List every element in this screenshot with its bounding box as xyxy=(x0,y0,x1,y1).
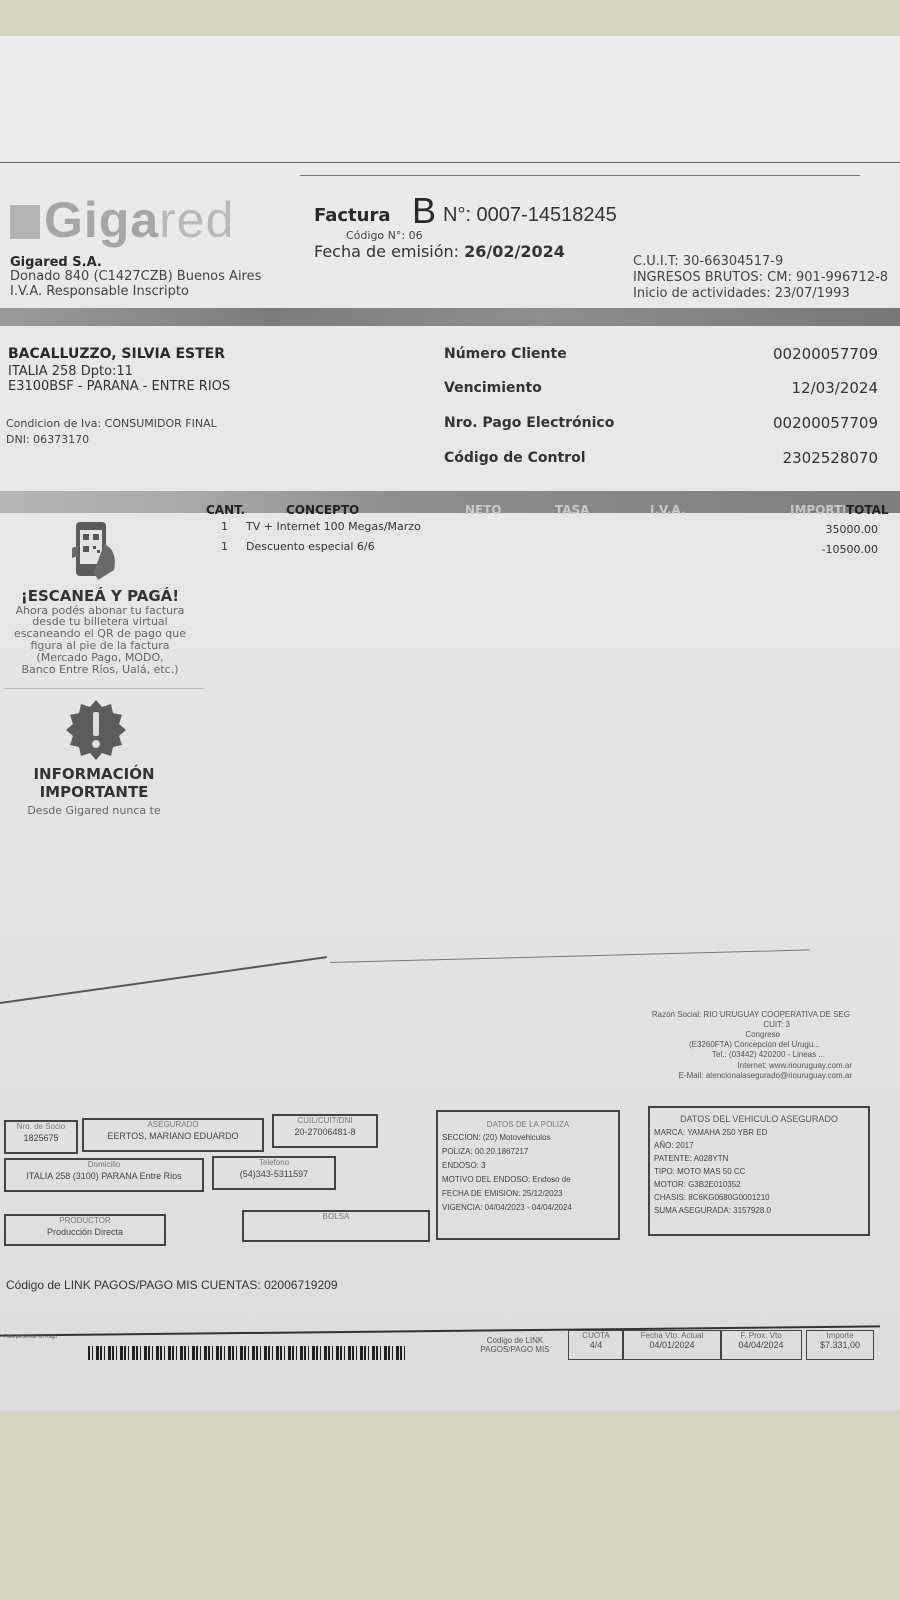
cuota-value: 4/4 xyxy=(569,1340,623,1350)
company-name: Gigared S.A. xyxy=(10,255,102,270)
policy-line-5: FECHA DE EMISION: 25/12/2023 xyxy=(442,1189,614,1198)
col-cant: CANT. xyxy=(206,503,245,517)
bolsa-label: BOLSA xyxy=(244,1212,428,1221)
client-iva-condition: Condicion de Iva: CONSUMIDOR FINAL xyxy=(6,417,217,430)
scan-text-4: figura al pie de la factura xyxy=(0,640,200,651)
insurer-internet: Internet: www.riouruguay.com.ar xyxy=(737,1061,852,1070)
ingresos-brutos: INGRESOS BRUTOS: CM: 901-996712-8 xyxy=(633,270,888,285)
account-label-client-number: Número Cliente xyxy=(444,346,567,362)
info-title-1: INFORMACIÓN xyxy=(0,765,194,783)
client-dni: DNI: 06373170 xyxy=(6,433,89,446)
vehicle-line-3: PATENTE: A028YTN xyxy=(654,1154,864,1163)
fecha-prox-value: 04/04/2024 xyxy=(721,1340,801,1350)
productor-label: PRODUCTOR xyxy=(6,1216,164,1225)
domicilio-label: Domicilio xyxy=(6,1160,202,1169)
account-label-payment-number: Nro. Pago Electrónico xyxy=(444,415,614,431)
issue-date: Fecha de emisión: 26/02/2024 xyxy=(314,242,565,261)
vehicle-box: DATOS DEL VEHICULO ASEGURADO MARCA: YAMA… xyxy=(648,1106,870,1236)
account-label-control-code: Código de Control xyxy=(444,450,586,466)
insurer-razon-social: Razón Social: RIO URUGUAY COOPERATIVA DE… xyxy=(652,1010,850,1019)
cuil-box: CUIL/CUIT/DNI 20-27006481-8 xyxy=(272,1114,378,1148)
telefono-label: Telefono xyxy=(214,1158,334,1167)
client-address-2: E3100BSF - PARANA - ENTRE RIOS xyxy=(8,379,230,394)
vehicle-title: DATOS DEL VEHICULO ASEGURADO xyxy=(650,1114,868,1124)
scan-title: ¡ESCANEÁ Y PAGÁ! xyxy=(0,587,200,605)
stub-label: Para presentar en Pago xyxy=(4,1334,57,1340)
insurer-city: (E3260FTA) Concepcion del Urugu... xyxy=(689,1040,820,1049)
insurer-address: Congreso xyxy=(745,1030,780,1039)
col-total: TOTAL xyxy=(846,503,889,517)
payment-barcode xyxy=(88,1346,408,1360)
importe-label: Importe xyxy=(807,1331,873,1340)
info-title-2: IMPORTANTE xyxy=(0,783,194,801)
item-1-total: 35000.00 xyxy=(826,523,879,536)
policy-box: DATOS DE LA POLIZA SECCION: (20) Motoveh… xyxy=(436,1110,620,1240)
col-iva: I.V.A. xyxy=(650,503,685,517)
insurer-email: E-Mail: atencionalasegurado@riouruguay.c… xyxy=(679,1071,852,1080)
item-2-qty: 1 xyxy=(221,540,228,553)
link-label: Codigo de LINK PAGOS/PAGO MIS xyxy=(470,1336,560,1354)
inicio-actividades: Inicio de actividades: 23/07/1993 xyxy=(633,286,850,301)
warning-badge-icon xyxy=(64,698,128,762)
productor-box: PRODUCTOR Producción Directa xyxy=(4,1214,166,1246)
account-value-due-date: 12/03/2024 xyxy=(792,379,878,397)
policy-line-4: MOTIVO DEL ENDOSO: Endoso de xyxy=(442,1175,614,1184)
col-concepto: CONCEPTO xyxy=(286,503,359,517)
scan-text-3: escaneando el QR de pago que xyxy=(0,628,200,639)
socio-value: 1825675 xyxy=(6,1133,76,1143)
account-value-payment-number: 00200057709 xyxy=(773,414,878,432)
invoice-number: N°: 0007-14518245 xyxy=(443,204,617,227)
fecha-actual-value: 04/01/2024 xyxy=(623,1340,721,1350)
scan-text-2: desde tu billetera virtual xyxy=(0,616,200,627)
sidebar-divider xyxy=(4,688,204,689)
cuil-value: 20-27006481-8 xyxy=(274,1127,376,1137)
col-neto: NETO xyxy=(465,503,502,517)
company-iva: I.V.A. Responsable Inscripto xyxy=(10,284,189,299)
domicilio-value: ITALIA 258 (3100) PARANA Entre Rios xyxy=(6,1171,202,1181)
col-tasa: TASA xyxy=(555,503,589,517)
company-cuit: C.U.I.T: 30-66304517-9 xyxy=(633,254,783,269)
info-text: Desde Gigared nunca te xyxy=(0,805,194,816)
fecha-actual-cell: Fecha Vto. Actual 04/01/2024 xyxy=(622,1330,722,1360)
invoice-type: B xyxy=(412,190,436,232)
col-importe: IMPORTE xyxy=(790,503,845,517)
invoice-label: Factura xyxy=(314,205,391,226)
asegurado-box: ASEGURADO EERTOS, MARIANO EDUARDO xyxy=(82,1118,264,1152)
asegurado-label: ASEGURADO xyxy=(84,1120,262,1129)
account-value-client-number: 00200057709 xyxy=(773,345,878,363)
item-1-concept: TV + Internet 100 Megas/Marzo xyxy=(246,520,421,533)
policy-line-6: VIGENCIA: 04/04/2023 - 04/04/2024 xyxy=(442,1203,614,1212)
item-1-qty: 1 xyxy=(221,520,228,533)
phone-qr-icon xyxy=(68,520,122,582)
account-label-due-date: Vencimiento xyxy=(444,380,542,396)
items-header-band xyxy=(0,491,900,513)
insurer-phone: Tel.: (03442) 420200 - Lineas ... xyxy=(712,1050,825,1059)
policy-line-3: ENDOSO: 3 xyxy=(442,1161,614,1170)
cuota-cell: CUOTA 4/4 xyxy=(568,1330,624,1360)
vehicle-line-5: MOTOR: G3B2E010352 xyxy=(654,1180,864,1189)
top-rule xyxy=(0,162,900,163)
policy-line-2: POLIZA: 00.20.1867217 xyxy=(442,1147,614,1156)
scan-text-5: (Mercado Pago, MODO, xyxy=(0,652,200,663)
socio-box: Nro. de Socio 1825675 xyxy=(4,1120,78,1154)
header-band xyxy=(0,308,900,326)
importe-cell: Importe $7.331,00 xyxy=(806,1330,874,1360)
importe-value: $7.331,00 xyxy=(807,1340,873,1350)
account-value-control-code: 2302528070 xyxy=(783,449,878,467)
vehicle-line-2: AÑO: 2017 xyxy=(654,1141,864,1150)
fecha-prox-cell: F. Prox. Vto 04/04/2024 xyxy=(720,1330,802,1360)
productor-value: Producción Directa xyxy=(6,1227,164,1237)
item-2-total: -10500.00 xyxy=(822,543,878,556)
link-pagos-code: Código de LINK PAGOS/PAGO MIS CUENTAS: 0… xyxy=(6,1278,338,1292)
client-address-1: ITALIA 258 Dpto:11 xyxy=(8,364,133,379)
vehicle-line-4: TIPO: MOTO MAS 50 CC xyxy=(654,1167,864,1176)
invoice-code: Código N°: 06 xyxy=(346,229,423,242)
scan-text-6: Banco Entre Ríos, Ualá, etc.) xyxy=(0,664,200,675)
fecha-actual-label: Fecha Vto. Actual xyxy=(623,1331,721,1340)
socio-label: Nro. de Socio xyxy=(6,1122,76,1131)
asegurado-value: EERTOS, MARIANO EDUARDO xyxy=(84,1131,262,1141)
bolsa-box: BOLSA xyxy=(242,1210,430,1242)
top-rule-2 xyxy=(300,175,860,176)
vehicle-line-7: SUMA ASEGURADA: 3157928.0 xyxy=(654,1206,864,1215)
telefono-value: (54)343-5311597 xyxy=(214,1169,334,1179)
cuil-label: CUIL/CUIT/DNI xyxy=(274,1116,376,1125)
insurer-cuit: CUIT: 3 xyxy=(763,1020,790,1029)
cuota-label: CUOTA xyxy=(569,1331,623,1340)
company-address: Donado 840 (C1427CZB) Buenos Aires xyxy=(10,269,261,284)
policy-line-1: SECCION: (20) Motovehiculos xyxy=(442,1133,614,1142)
vehicle-line-6: CHASIS: 8C6KG0680G0001210 xyxy=(654,1193,864,1202)
gigared-logo: Gigared xyxy=(10,195,234,245)
fecha-prox-label: F. Prox. Vto xyxy=(721,1331,801,1340)
vehicle-line-1: MARCA: YAMAHA 250 YBR ED xyxy=(654,1128,864,1137)
domicilio-box: Domicilio ITALIA 258 (3100) PARANA Entre… xyxy=(4,1158,204,1192)
item-2-concept: Descuento especial 6/6 xyxy=(246,540,375,553)
policy-title: DATOS DE LA POLIZA xyxy=(438,1120,618,1129)
client-name: BACALLUZZO, SILVIA ESTER xyxy=(8,346,225,362)
telefono-box: Telefono (54)343-5311597 xyxy=(212,1156,336,1190)
